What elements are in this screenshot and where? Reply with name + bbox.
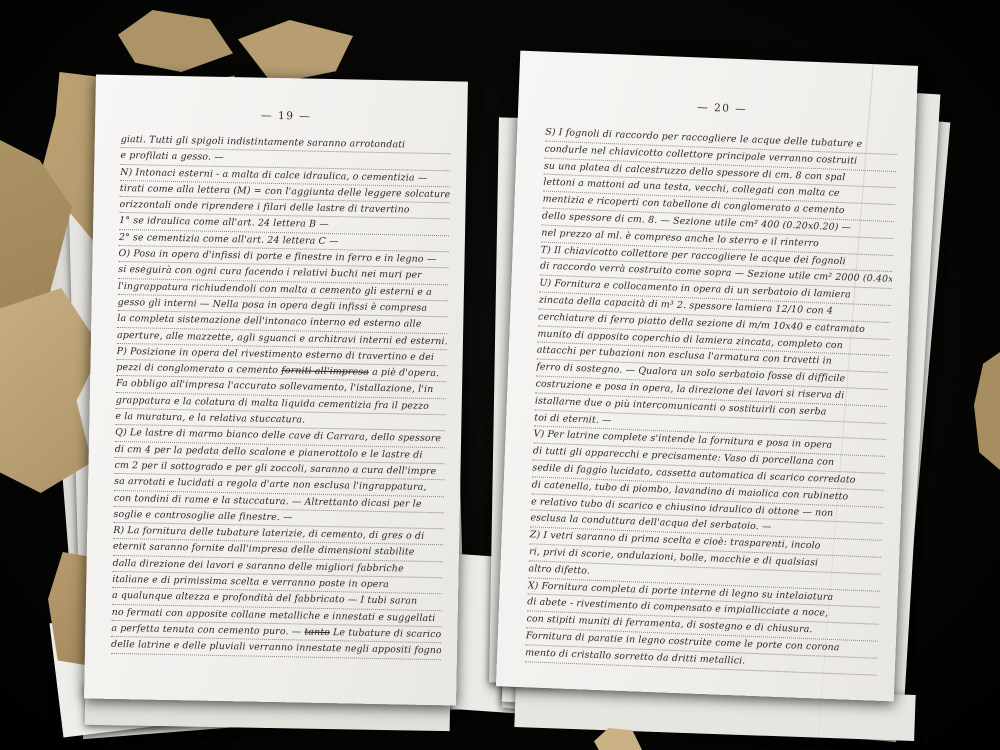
page-text: S) I fognoli di raccordo per raccogliere… — [525, 125, 897, 676]
page-text: giati. Tutti gli spigoli indistintamente… — [111, 132, 451, 660]
page-number: — 19 — — [121, 107, 451, 125]
torn-kraft-paper — [118, 10, 233, 72]
torn-kraft-paper — [238, 20, 353, 84]
page-20: — 20 — S) I fognoli di raccordo per racc… — [496, 51, 918, 702]
torn-kraft-paper — [594, 728, 642, 750]
page-number: — 20 — — [546, 96, 898, 122]
torn-kraft-paper — [974, 352, 1000, 470]
photo-of-handwritten-documents: — 19 — giati. Tutti gli spigoli indistin… — [0, 0, 1000, 750]
page-19: — 19 — giati. Tutti gli spigoli indistin… — [84, 74, 468, 705]
